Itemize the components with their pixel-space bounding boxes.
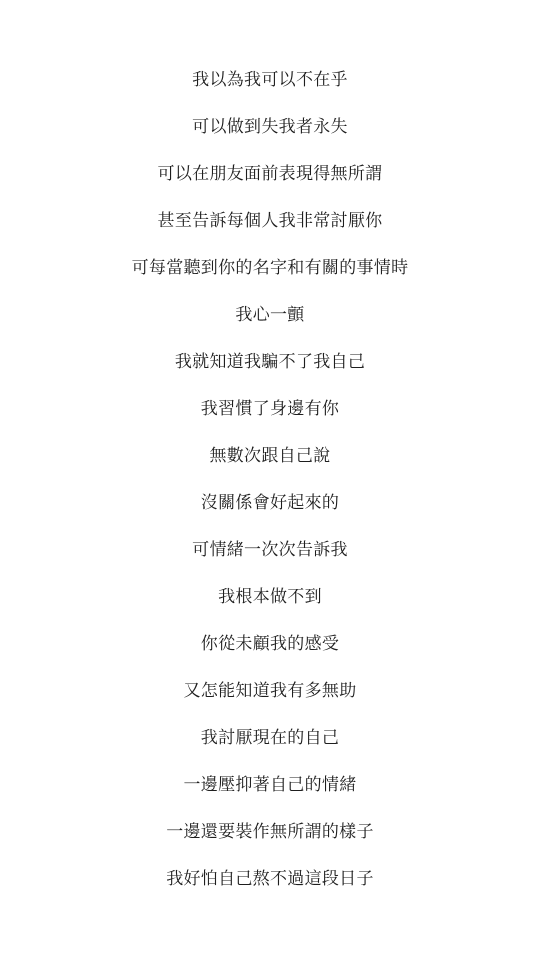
poem-line: 我心一顫	[235, 292, 304, 339]
poem-line: 沒關係會好起來的	[201, 480, 339, 527]
poem-line: 我習慣了身邊有你	[201, 386, 339, 433]
poem-line: 可情緒一次次告訴我	[192, 527, 348, 574]
poem-line: 我討厭現在的自己	[201, 715, 339, 762]
poem-line: 一邊壓抑著自己的情緒	[184, 762, 357, 809]
poem-line: 又怎能知道我有多無助	[184, 668, 357, 715]
poem-line: 我根本做不到	[218, 574, 322, 621]
poem-line: 可以做到失我者永失	[192, 104, 348, 151]
poem-line: 甚至告訴每個人我非常討厭你	[158, 198, 383, 245]
poem-line: 可以在朋友面前表現得無所謂	[158, 151, 383, 198]
poem-line: 你從未顧我的感受	[201, 621, 339, 668]
poem-page: 我以為我可以不在乎 可以做到失我者永失 可以在朋友面前表現得無所謂 甚至告訴每個…	[0, 0, 540, 960]
poem-line: 一邊還要裝作無所謂的樣子	[166, 809, 374, 856]
poem-line: 我就知道我騙不了我自己	[175, 339, 365, 386]
poem-text-block: 我以為我可以不在乎 可以做到失我者永失 可以在朋友面前表現得無所謂 甚至告訴每個…	[0, 57, 540, 903]
poem-line: 無數次跟自己說	[209, 433, 330, 480]
poem-line: 我好怕自己熬不過這段日子	[166, 856, 374, 903]
poem-line: 可每當聽到你的名字和有關的事情時	[132, 245, 409, 292]
poem-line: 我以為我可以不在乎	[192, 57, 348, 104]
